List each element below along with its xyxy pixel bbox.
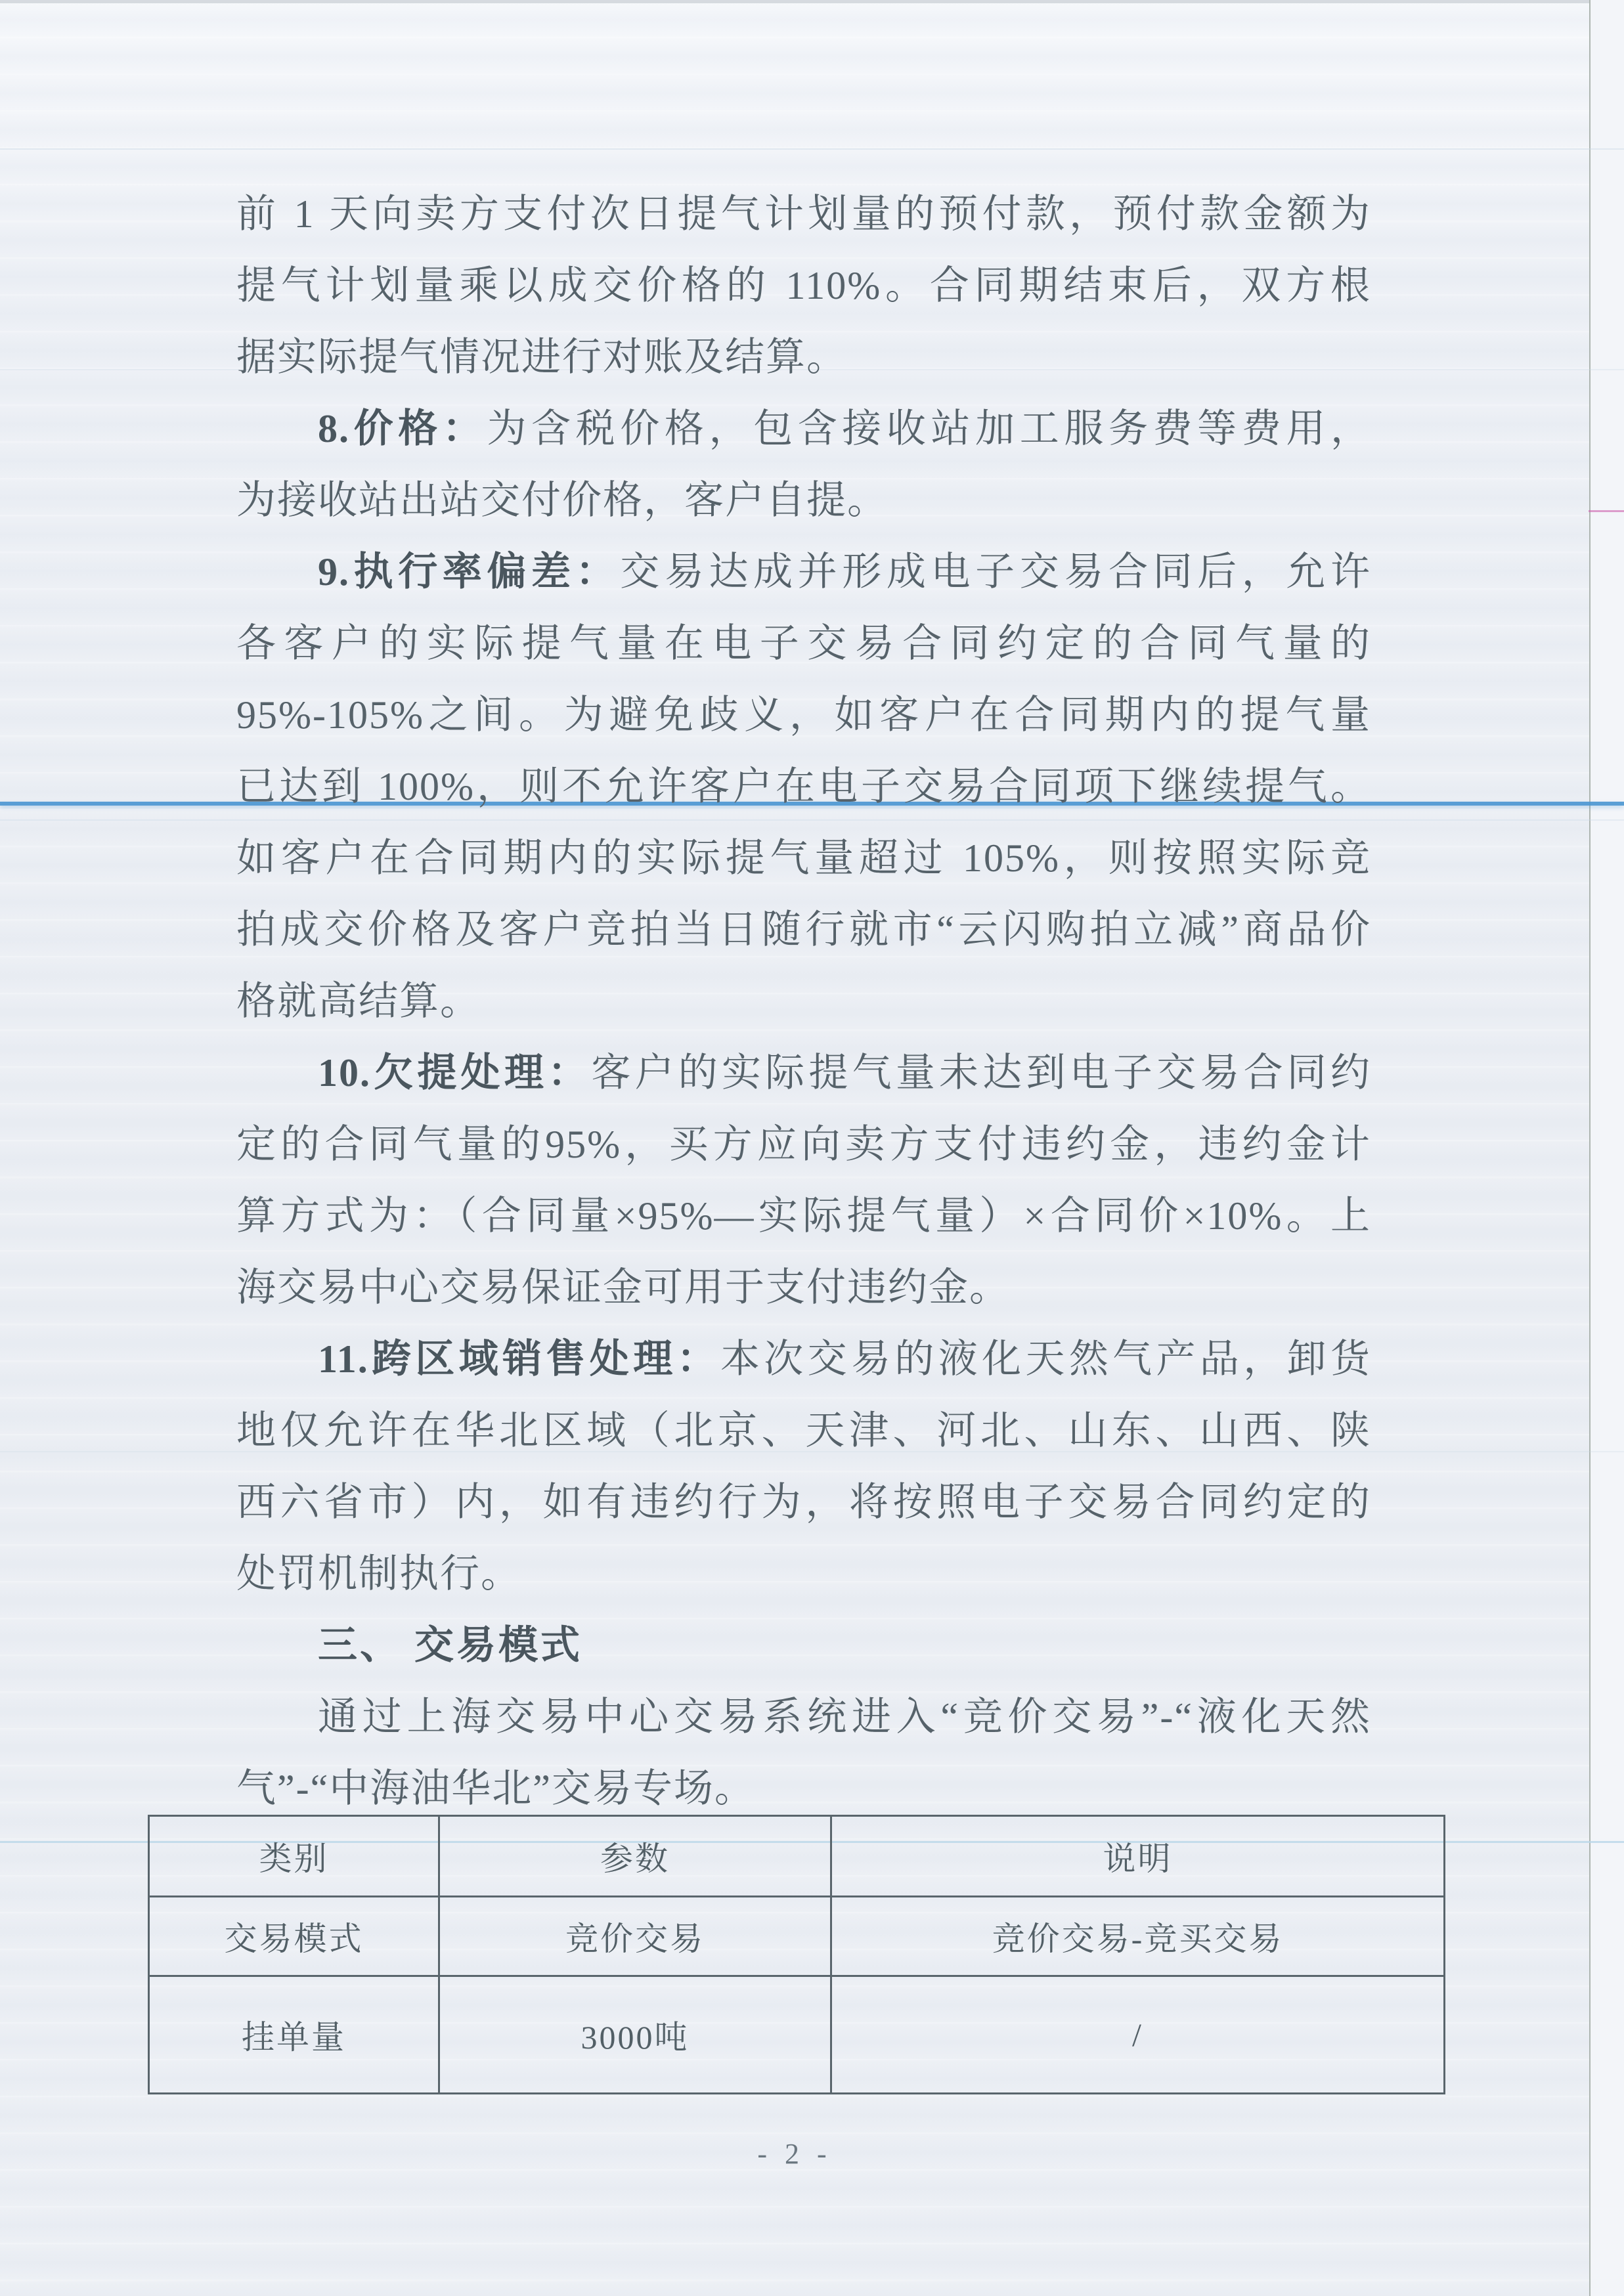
cell-trade-mode-param: 竞价交易 — [439, 1897, 831, 1976]
item9-line: 拍成交价格及客户竞拍当日随行就市“云闪购拍立减”商品价 — [236, 894, 1371, 966]
item9-label: 9.执行率偏差： — [318, 550, 620, 594]
cell-trade-mode: 交易模式 — [149, 1897, 439, 1976]
text-run: 本次交易的液化天然气产品，卸货 — [720, 1337, 1371, 1381]
table-header-row: 类别 参数 说明 — [149, 1816, 1445, 1897]
text-run: 各客户的实际提气量在电子交易合同约定的合同气量的 — [236, 622, 1371, 665]
cell-listing-volume-param: 3000吨 — [439, 1976, 831, 2094]
document-body: 前 1 天向卖方支付次日提气计划量的预付款，预付款金额为 提气计划量乘以成交价格… — [236, 179, 1371, 1825]
paragraph-prepay-line: 据实际提气情况进行对账及结算。 — [236, 322, 1371, 393]
text-run: 已达到 100%，则不允许客户在电子交易合同项下继续提气。 — [236, 765, 1371, 808]
text-run: 如客户在合同期内的实际提气量超过 105%，则按照实际竞 — [236, 836, 1371, 880]
item11-line: 11.跨区域销售处理：本次交易的液化天然气产品，卸货 — [236, 1324, 1371, 1395]
trade-parameters-table: 类别 参数 说明 交易模式 竞价交易 竞价交易-竞买交易 挂单量 3000吨 / — [148, 1815, 1445, 2094]
text-run: 拍成交价格及客户竞拍当日随行就市“云闪购拍立减”商品价 — [236, 908, 1371, 951]
table-row: 交易模式 竞价交易 竞价交易-竞买交易 — [149, 1897, 1445, 1976]
paragraph-prepay-line: 前 1 天向卖方支付次日提气计划量的预付款，预付款金额为 — [236, 179, 1371, 250]
item9-line: 如客户在合同期内的实际提气量超过 105%，则按照实际竞 — [236, 823, 1371, 894]
paragraph-prepay-line: 提气计划量乘以成交价格的 110%。合同期结束后，双方根 — [236, 250, 1371, 322]
header-cell-parameter: 参数 — [439, 1816, 831, 1897]
item9-line: 9.执行率偏差：交易达成并形成电子交易合同后，允许 — [236, 536, 1371, 608]
page-number: - 2 - — [0, 2137, 1589, 2171]
text-run: 前 1 天向卖方支付次日提气计划量的预付款，预付款金额为 — [236, 192, 1371, 236]
item8-line: 8.价格：为含税价格，包含接收站加工服务费等费用， — [236, 393, 1371, 465]
scan-pink-artifact-line — [1589, 510, 1624, 512]
text-run: 处罚机制执行。 — [236, 1552, 521, 1595]
item10-label: 10.欠提处理： — [318, 1051, 591, 1094]
text-run: 提气计划量乘以成交价格的 110%。合同期结束后，双方根 — [236, 264, 1371, 307]
text-run: 95%-105%之间。为避免歧义，如客户在合同期内的提气量 — [236, 693, 1371, 737]
table-row: 挂单量 3000吨 / — [149, 1976, 1445, 2094]
header-cell-description: 说明 — [831, 1816, 1445, 1897]
paper-right-edge — [1589, 0, 1624, 2296]
scan-streak-line — [0, 148, 1624, 150]
text-run: 定的合同气量的95%，买方应向卖方支付违约金，违约金计 — [236, 1123, 1371, 1166]
header-cell-category: 类别 — [149, 1816, 439, 1897]
text-run: 气”-“中海油华北”交易专场。 — [236, 1767, 755, 1810]
text-run: 西六省市）内，如有违约行为，将按照电子交易合同约定的 — [236, 1481, 1371, 1524]
item8-line: 为接收站出站交付价格，客户自提。 — [236, 465, 1371, 536]
item11-label: 11.跨区域销售处理： — [318, 1337, 720, 1381]
text-run: 海交易中心交易保证金可用于支付违约金。 — [236, 1266, 1010, 1309]
cell-listing-volume-desc: / — [831, 1976, 1445, 2094]
cell-trade-mode-desc: 竞价交易-竞买交易 — [831, 1897, 1445, 1976]
section3-heading: 三、 交易模式 — [236, 1610, 1371, 1681]
item8-label: 8.价格： — [318, 407, 487, 450]
item11-line: 西六省市）内，如有违约行为，将按照电子交易合同约定的 — [236, 1467, 1371, 1538]
item9-line: 格就高结算。 — [236, 966, 1371, 1037]
item10-line: 10.欠提处理：客户的实际提气量未达到电子交易合同约 — [236, 1037, 1371, 1109]
trade-mode-line: 通过上海交易中心交易系统进入“竞价交易”-“液化天然 — [236, 1681, 1371, 1753]
section3-heading-text: 三、 交易模式 — [318, 1624, 582, 1667]
item9-line: 已达到 100%，则不允许客户在电子交易合同项下继续提气。 — [236, 751, 1371, 823]
scan-top-edge — [0, 0, 1624, 3]
text-run: 客户的实际提气量未达到电子交易合同约 — [591, 1051, 1371, 1094]
item10-line: 定的合同气量的95%，买方应向卖方支付违约金，违约金计 — [236, 1109, 1371, 1180]
text-run: 通过上海交易中心交易系统进入“竞价交易”-“液化天然 — [318, 1695, 1371, 1739]
text-run: 为接收站出站交付价格，客户自提。 — [236, 479, 888, 522]
cell-listing-volume: 挂单量 — [149, 1976, 439, 2094]
scanned-document-page: 前 1 天向卖方支付次日提气计划量的预付款，预付款金额为 提气计划量乘以成交价格… — [0, 0, 1624, 2296]
text-run: 格就高结算。 — [236, 980, 481, 1023]
item10-line: 海交易中心交易保证金可用于支付违约金。 — [236, 1252, 1371, 1324]
text-run: 交易达成并形成电子交易合同后，允许 — [620, 550, 1371, 594]
item11-line: 地仅允许在华北区域（北京、天津、河北、山东、山西、陕 — [236, 1395, 1371, 1467]
item9-line: 95%-105%之间。为避免歧义，如客户在合同期内的提气量 — [236, 680, 1371, 751]
text-run: 地仅允许在华北区域（北京、天津、河北、山东、山西、陕 — [236, 1409, 1371, 1452]
text-run: 算方式为：（合同量×95%—实际提气量）×合同价×10%。上 — [236, 1194, 1371, 1238]
item10-line: 算方式为：（合同量×95%—实际提气量）×合同价×10%。上 — [236, 1180, 1371, 1252]
trade-mode-line: 气”-“中海油华北”交易专场。 — [236, 1753, 1371, 1825]
text-run: 据实际提气情况进行对账及结算。 — [236, 336, 847, 379]
item9-line: 各客户的实际提气量在电子交易合同约定的合同气量的 — [236, 608, 1371, 680]
item11-line: 处罚机制执行。 — [236, 1538, 1371, 1610]
text-run: 为含税价格，包含接收站加工服务费等费用， — [487, 407, 1371, 450]
